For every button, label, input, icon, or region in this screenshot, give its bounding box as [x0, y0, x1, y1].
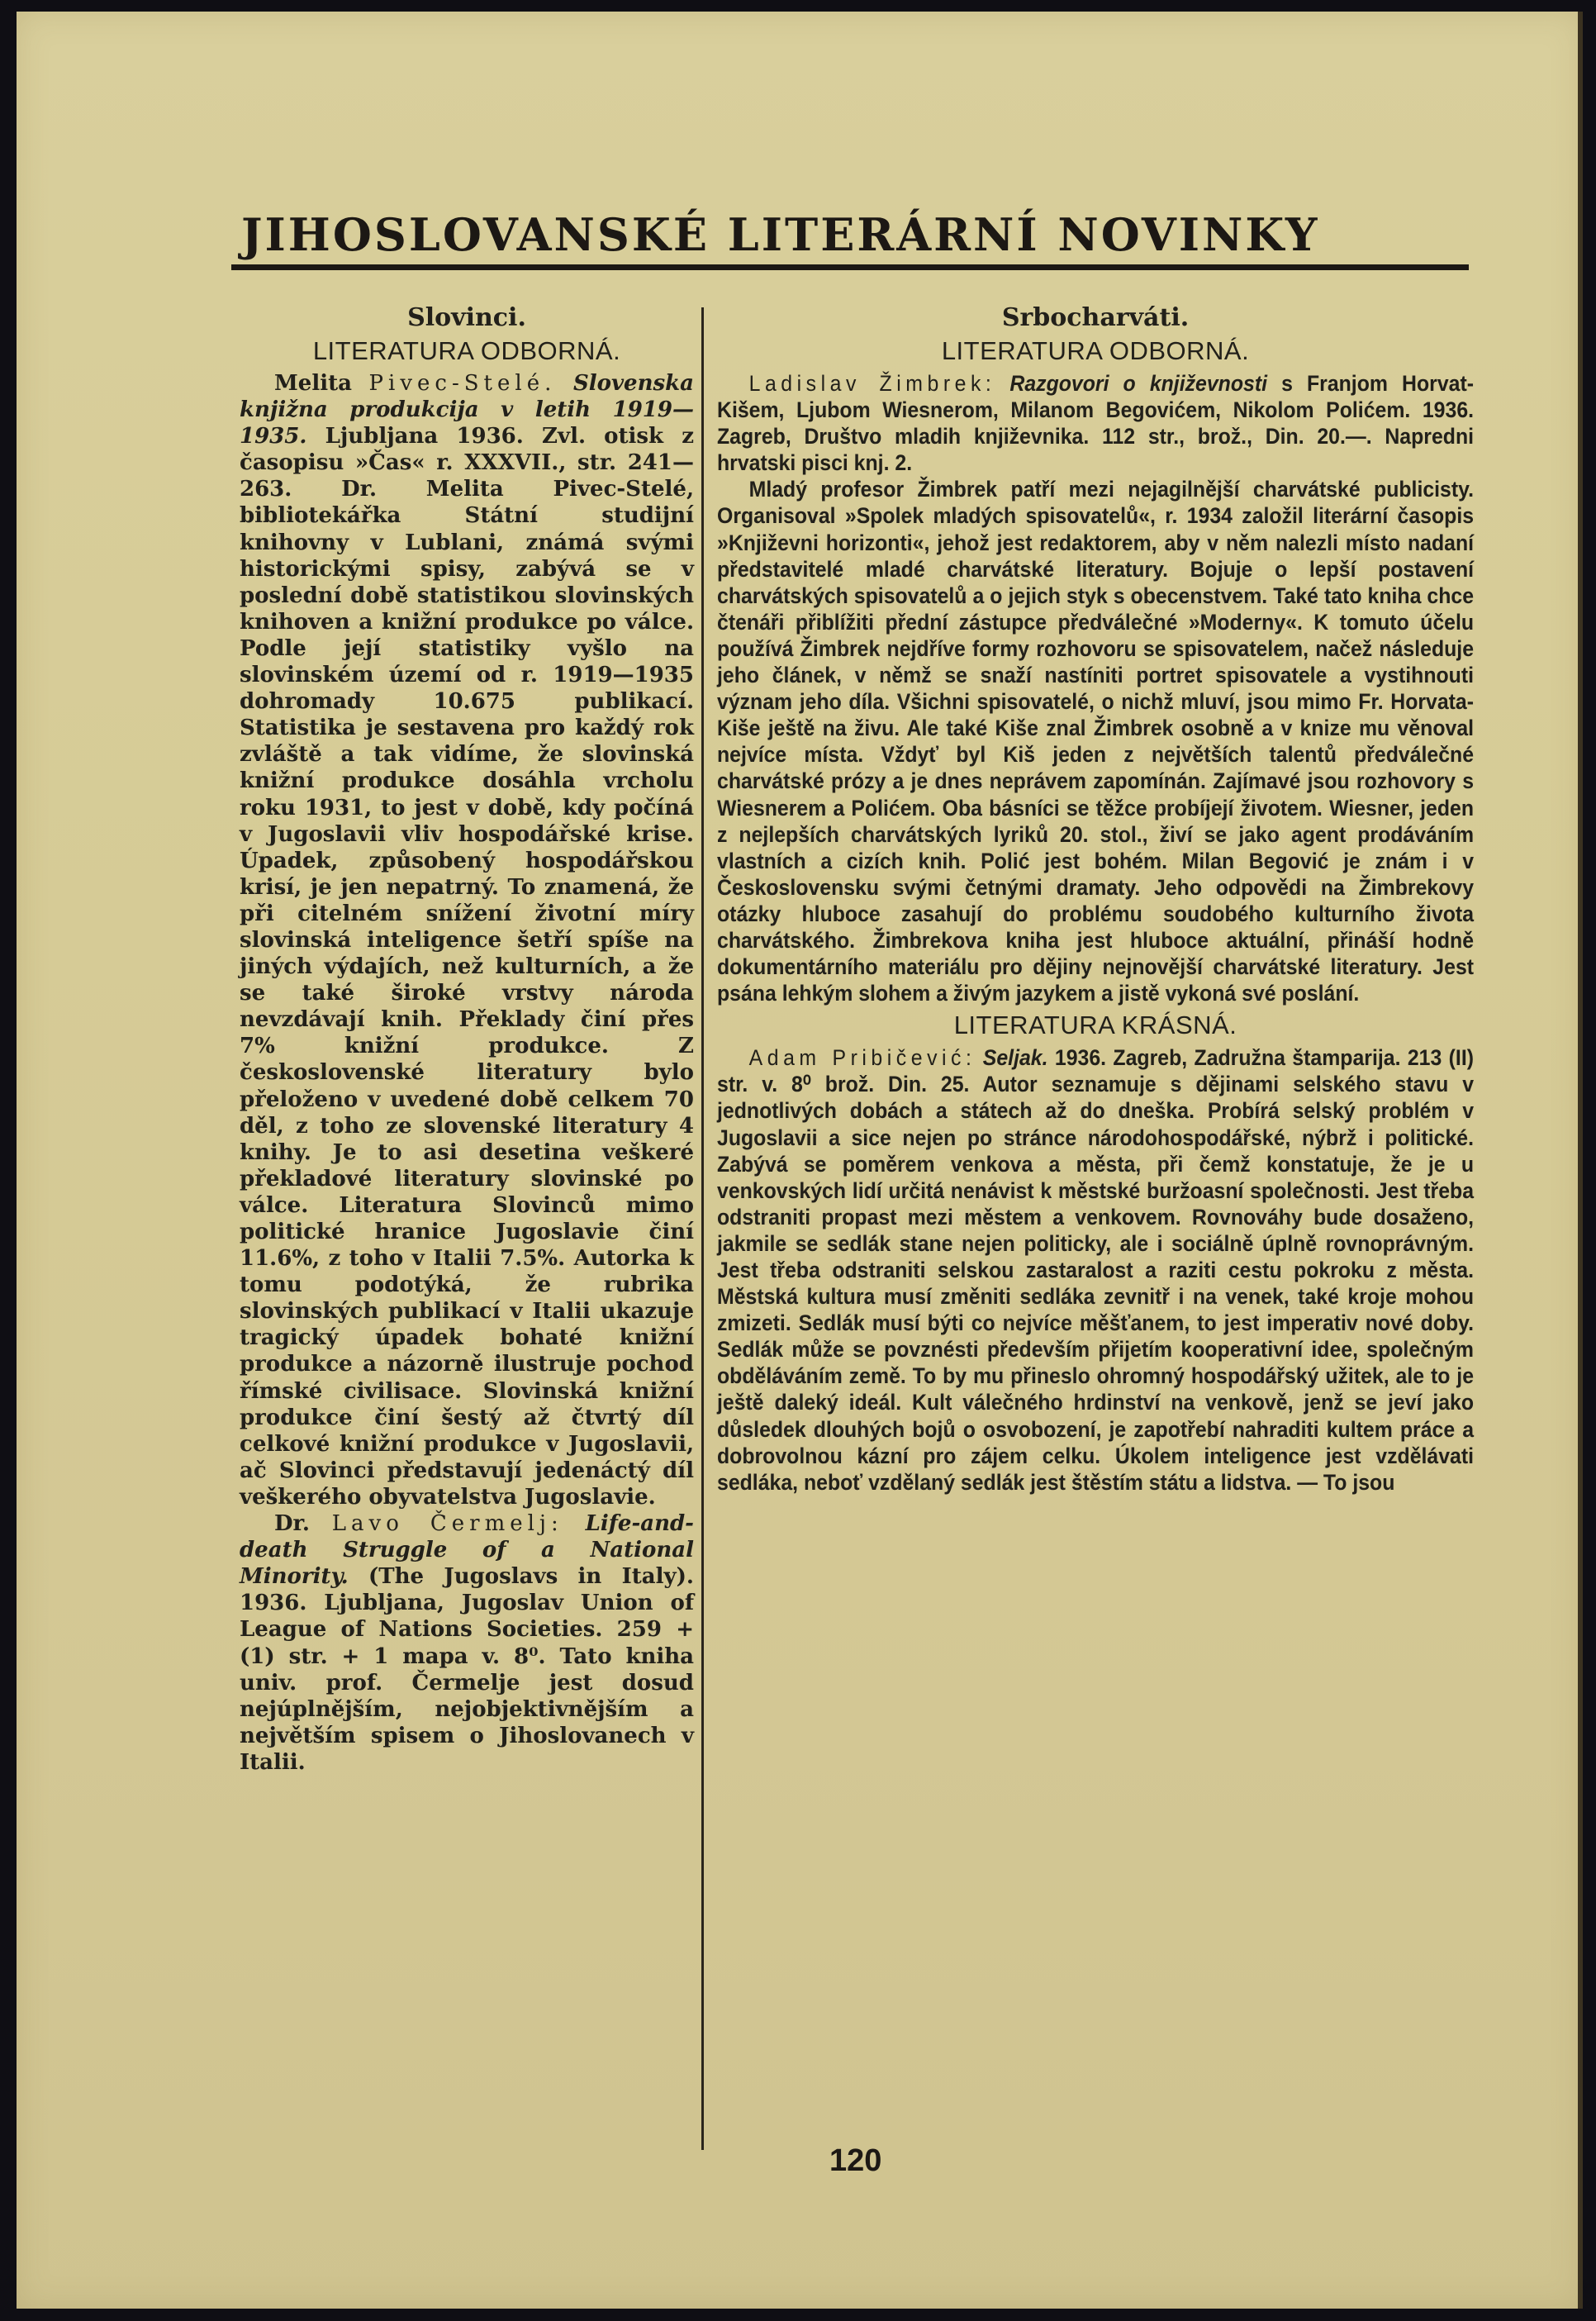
left-column: Slovinci. LITERATURA ODBORNÁ. Melita Piv… — [240, 302, 694, 1776]
entry-text: 1936. Zagreb, Zadružna štamparija. 213 (… — [717, 1045, 1474, 1495]
page-edge — [1578, 12, 1583, 2309]
entry-author: Pivec-Stelé. — [369, 371, 557, 396]
entry-author-first: Dr. — [274, 1511, 310, 1536]
subsection-title-odborna: LITERATURA ODBORNÁ. — [717, 335, 1474, 367]
entry-title: Seljak. — [983, 1045, 1048, 1070]
page-number: 120 — [829, 2143, 881, 2179]
entry-text: Mladý profesor Žimbrek patří mezi nejagi… — [717, 477, 1474, 1006]
entry-text: Ljubljana 1936. Zvl. otisk z časopisu »Č… — [240, 424, 694, 1510]
right-column: Srbocharváti. LITERATURA ODBORNÁ. Ladisl… — [717, 302, 1474, 1496]
entry-pribicevic: Adam Pribičević: Seljak. 1936. Zagreb, Z… — [717, 1044, 1474, 1496]
subsection-title-odborna: LITERATURA ODBORNÁ. — [240, 335, 694, 367]
subsection-title-krasna: LITERATURA KRÁSNÁ. — [717, 1010, 1474, 1041]
section-title-slovinci: Slovinci. — [240, 302, 694, 334]
entry-cermelj: Dr. Lavo Čermelj: Life-and-death Struggl… — [240, 1510, 694, 1776]
section-title-srbocharvati: Srbocharváti. — [717, 302, 1474, 334]
entry-title: Razgovori o književnosti — [1009, 371, 1267, 396]
entry-author: Adam Pribičević: — [749, 1045, 976, 1070]
entry-zimbrek: Ladislav Žimbrek: Razgovori o književnos… — [717, 370, 1474, 476]
entry-author: Lavo Čermelj: — [332, 1511, 563, 1536]
entry-zimbrek-review: Mladý profesor Žimbrek patří mezi nejagi… — [717, 476, 1474, 1006]
heading-rule — [231, 264, 1469, 270]
entry-pivec-stele: Melita Pivec-Stelé. Slovenska knjižna pr… — [240, 370, 694, 1510]
page-heading: JIHOSLOVANSKÉ LITERÁRNÍ NOVINKY — [241, 208, 1365, 261]
entry-author-first: Melita — [274, 371, 352, 396]
entry-text: (The Jugoslavs in Italy). 1936. Ljubljan… — [240, 1564, 694, 1775]
column-divider — [701, 307, 704, 2150]
scanned-page: JIHOSLOVANSKÉ LITERÁRNÍ NOVINKY Slovinci… — [17, 12, 1583, 2309]
entry-author: Ladislav Žimbrek: — [749, 371, 996, 396]
